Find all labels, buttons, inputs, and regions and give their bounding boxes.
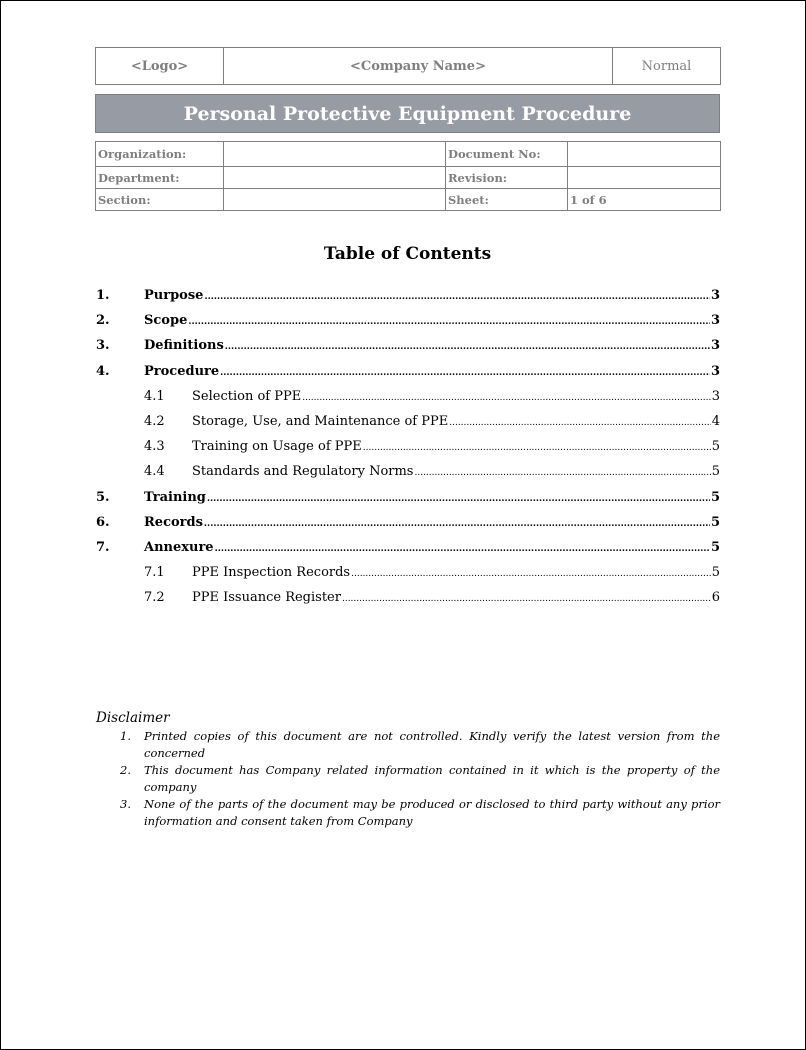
- toc-entry-page: 5: [711, 490, 720, 505]
- toc-entry-number: 4.1: [144, 389, 189, 404]
- toc-entry-number: 1.: [96, 288, 141, 303]
- toc-entry[interactable]: 1.Purpose3: [96, 283, 720, 308]
- toc-entry-label: Records: [144, 515, 203, 530]
- toc-dot-leader: [215, 545, 710, 554]
- meta-label: Document No:: [446, 142, 568, 167]
- meta-label: Department:: [96, 167, 224, 189]
- classification-label: Normal: [613, 48, 721, 85]
- toc-entry-label: Training on Usage of PPE: [192, 439, 362, 454]
- toc-entry[interactable]: 4.2Storage, Use, and Maintenance of PPE4: [96, 409, 720, 434]
- disclaimer-item-text: This document has Company related inform…: [144, 763, 720, 794]
- toc-entry[interactable]: 5.Training5: [96, 485, 720, 510]
- toc-entry-number: 7.1: [144, 565, 189, 580]
- disclaimer-item: 2. This document has Company related inf…: [96, 762, 720, 796]
- toc-entry[interactable]: 7.2PPE Issuance Register6: [96, 585, 720, 610]
- toc-dot-leader: [204, 293, 710, 302]
- toc-entry-number: 7.2: [144, 590, 189, 605]
- toc-entry-page: 5: [712, 439, 720, 454]
- toc-entry-page: 5: [712, 464, 720, 479]
- toc-entry-link[interactable]: Purpose3: [144, 288, 720, 303]
- toc-entry-page: 3: [711, 313, 720, 328]
- toc-entry-number: 4.: [96, 364, 141, 379]
- toc-entry-number: 4.4: [144, 464, 189, 479]
- toc-entry-page: 4: [712, 414, 720, 429]
- toc-entry-page: 3: [711, 288, 720, 303]
- toc-entry-page: 5: [712, 565, 720, 580]
- toc-entry-page: 6: [712, 590, 720, 605]
- toc-entry-link[interactable]: Procedure3: [144, 364, 720, 379]
- disclaimer-item: 1. Printed copies of this document are n…: [96, 728, 720, 762]
- meta-label: Section:: [96, 189, 224, 211]
- toc-entry-page: 3: [712, 389, 720, 404]
- toc-entry-label: Purpose: [144, 288, 203, 303]
- meta-row: Section: Sheet: 1 of 6: [96, 189, 721, 211]
- toc-entry-link[interactable]: Definitions3: [144, 338, 720, 353]
- toc-entry-page: 3: [711, 338, 720, 353]
- toc-entry-label: Procedure: [144, 364, 219, 379]
- toc-entry-link[interactable]: Annexure5: [144, 540, 720, 555]
- toc-dot-leader: [225, 343, 710, 352]
- sheet-value: 1 of 6: [568, 189, 721, 211]
- toc-entry-number: 5.: [96, 490, 141, 505]
- meta-row: Department: Revision:: [96, 167, 721, 189]
- toc-entry-label: PPE Inspection Records: [192, 565, 350, 580]
- document-meta-table: Organization: Document No: Department: R…: [95, 141, 721, 211]
- toc-entry-page: 3: [711, 364, 720, 379]
- toc-entry-number: 2.: [96, 313, 141, 328]
- toc-entry-link[interactable]: PPE Issuance Register6: [192, 590, 720, 605]
- toc-dot-leader: [363, 444, 711, 453]
- toc-dot-leader: [351, 570, 711, 579]
- toc-entry[interactable]: 7.Annexure5: [96, 535, 720, 560]
- company-name: <Company Name>: [224, 48, 613, 85]
- meta-value: [568, 142, 721, 167]
- toc-entry-label: Annexure: [144, 540, 214, 555]
- table-of-contents: 1.Purpose32.Scope33.Definitions34.Proced…: [96, 283, 720, 610]
- disclaimer-item-text: None of the parts of the document may be…: [144, 797, 720, 828]
- toc-dot-leader: [188, 318, 710, 327]
- toc-dot-leader: [220, 369, 710, 378]
- toc-entry-label: Scope: [144, 313, 187, 328]
- meta-value: [224, 142, 446, 167]
- toc-entry-link[interactable]: Scope3: [144, 313, 720, 328]
- toc-entry[interactable]: 3.Definitions3: [96, 333, 720, 358]
- disclaimer-title: Disclaimer: [96, 710, 720, 726]
- disclaimer-item-number: 3.: [120, 796, 131, 813]
- disclaimer: Disclaimer 1. Printed copies of this doc…: [96, 710, 720, 830]
- toc-entry-label: Training: [144, 490, 206, 505]
- disclaimer-list: 1. Printed copies of this document are n…: [96, 728, 720, 830]
- toc-entry-label: Storage, Use, and Maintenance of PPE: [192, 414, 448, 429]
- toc-dot-leader: [207, 495, 710, 504]
- toc-title: Table of Contents: [95, 244, 720, 264]
- toc-entry-number: 4.2: [144, 414, 189, 429]
- toc-entry[interactable]: 4.Procedure3: [96, 359, 720, 384]
- toc-dot-leader: [204, 520, 710, 529]
- toc-entry[interactable]: 4.4Standards and Regulatory Norms5: [96, 459, 720, 484]
- document-title: Personal Protective Equipment Procedure: [95, 94, 720, 133]
- toc-entry-page: 5: [711, 540, 720, 555]
- toc-entry[interactable]: 4.3Training on Usage of PPE5: [96, 434, 720, 459]
- toc-entry-label: Selection of PPE: [192, 389, 301, 404]
- toc-entry-label: Standards and Regulatory Norms: [192, 464, 413, 479]
- meta-value: [568, 167, 721, 189]
- disclaimer-item-number: 1.: [120, 728, 131, 745]
- toc-entry[interactable]: 2.Scope3: [96, 308, 720, 333]
- toc-entry-number: 4.3: [144, 439, 189, 454]
- header-table: <Logo> <Company Name> Normal: [95, 47, 721, 85]
- toc-entry-label: Definitions: [144, 338, 224, 353]
- meta-value: [224, 167, 446, 189]
- disclaimer-item: 3. None of the parts of the document may…: [96, 796, 720, 830]
- toc-entry-link[interactable]: Standards and Regulatory Norms5: [192, 464, 720, 479]
- toc-entry-link[interactable]: Training5: [144, 490, 720, 505]
- toc-entry-number: 7.: [96, 540, 141, 555]
- toc-entry[interactable]: 7.1PPE Inspection Records5: [96, 560, 720, 585]
- toc-entry-link[interactable]: Training on Usage of PPE5: [192, 439, 720, 454]
- toc-entry-page: 5: [711, 515, 720, 530]
- toc-dot-leader: [414, 469, 710, 478]
- toc-dot-leader: [342, 595, 711, 604]
- toc-entry[interactable]: 6.Records5: [96, 510, 720, 535]
- toc-entry-link[interactable]: PPE Inspection Records5: [192, 565, 720, 580]
- toc-dot-leader: [302, 394, 711, 403]
- toc-dot-leader: [449, 419, 710, 428]
- toc-entry-label: PPE Issuance Register: [192, 590, 341, 605]
- meta-label: Revision:: [446, 167, 568, 189]
- disclaimer-item-text: Printed copies of this document are not …: [144, 729, 720, 760]
- toc-entry-number: 6.: [96, 515, 141, 530]
- meta-row: Organization: Document No:: [96, 142, 721, 167]
- document-page: <Logo> <Company Name> Normal Personal Pr…: [0, 0, 806, 1050]
- toc-entry-link[interactable]: Records5: [144, 515, 720, 530]
- toc-entry[interactable]: 4.1Selection of PPE3: [96, 384, 720, 409]
- meta-label: Sheet:: [446, 189, 568, 211]
- toc-entry-link[interactable]: Selection of PPE3: [192, 389, 720, 404]
- meta-value: [224, 189, 446, 211]
- meta-label: Organization:: [96, 142, 224, 167]
- logo-placeholder: <Logo>: [96, 48, 224, 85]
- toc-entry-number: 3.: [96, 338, 141, 353]
- disclaimer-item-number: 2.: [120, 762, 131, 779]
- toc-entry-link[interactable]: Storage, Use, and Maintenance of PPE4: [192, 414, 720, 429]
